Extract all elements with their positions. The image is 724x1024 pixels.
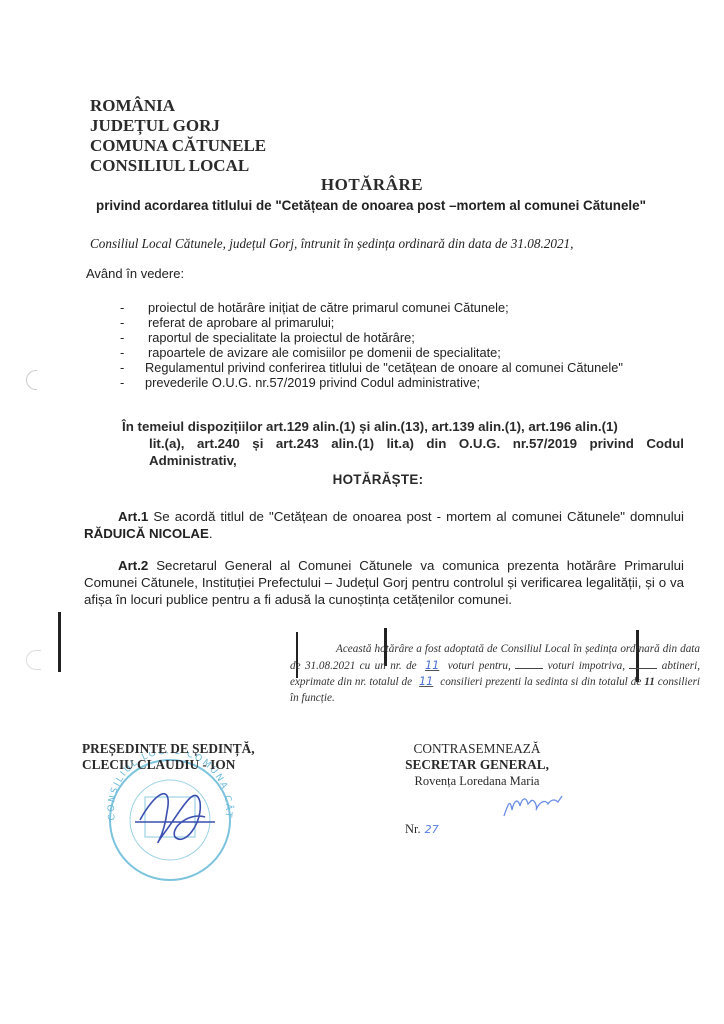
blank-field	[629, 658, 657, 669]
list-item-text: referat de aprobare al primarului;	[148, 315, 334, 330]
issuer-header: ROMÂNIA JUDEȚUL GORJ COMUNA CĂTUNELE CON…	[90, 96, 266, 176]
bullet-dash: -	[120, 315, 124, 330]
adoption-text: voturi impotriva,	[548, 660, 625, 672]
document-title: HOTĂRÂRE	[0, 175, 724, 195]
article-1-label: Art.1	[118, 509, 148, 524]
article-1-text: Se acordă titlul de "Cetățean de onoarea…	[148, 509, 684, 524]
legal-basis-rest: lit.(a), art.240 și art.243 alin.(1) lit…	[122, 435, 684, 469]
votes-for-value: 11	[421, 659, 443, 672]
legal-basis-paragraph: În temeiul dispozițiilor art.129 alin.(1…	[122, 418, 684, 469]
bullet-dash: -	[120, 345, 124, 360]
countersign-label: CONTRASEMNEAZĂ	[392, 741, 562, 757]
total-councillors-value: 11	[644, 676, 655, 688]
secretary-signature-block: CONTRASEMNEAZĂ SECRETAR GENERAL, Rovența…	[392, 741, 562, 789]
chairman-signature-block: PREȘEDINTE DE ȘEDINȚĂ, CLECIU CLAUDIU - …	[82, 741, 255, 773]
list-item-text: prevederile O.U.G. nr.57/2019 privind Co…	[145, 375, 480, 390]
secretary-signature-icon	[500, 790, 570, 820]
decision-number: Nr.27	[405, 822, 439, 837]
list-item: -referat de aprobare al primarului;	[120, 315, 623, 330]
decision-number-value: 27	[425, 823, 439, 836]
list-item: -prevederile O.U.G. nr.57/2019 privind C…	[120, 375, 623, 390]
legal-basis-line1: În temeiul dispozițiilor art.129 alin.(1…	[122, 418, 684, 435]
present-councillors-value: 11	[415, 675, 437, 688]
bullet-dash: -	[120, 360, 124, 375]
article-2-label: Art.2	[118, 558, 148, 573]
hotaraste-heading: HOTĂRĂȘTE:	[0, 472, 724, 487]
considerente-list: -proiectul de hotărâre inițiat de către …	[120, 300, 623, 390]
list-item-text: rapoartele de avizare ale comisiilor pe …	[148, 345, 501, 360]
chairman-name: CLECIU CLAUDIU - ION	[82, 757, 255, 773]
secretary-name: Rovența Loredana Maria	[392, 773, 562, 789]
list-item-text: proiectul de hotărâre inițiat de către p…	[148, 300, 509, 315]
bullet-dash: -	[120, 300, 124, 315]
adoption-text: consilieri prezenti la sedinta si din to…	[440, 676, 641, 688]
scan-margin-line	[58, 612, 61, 672]
bullet-dash: -	[120, 330, 124, 345]
honoree-name: RĂDUICĂ NICOLAE	[84, 526, 209, 541]
punch-hole-mark	[26, 370, 37, 390]
article-1-end: .	[209, 526, 213, 541]
intro-paragraph: Consiliul Local Cătunele, județul Gorj, …	[90, 236, 573, 252]
article-2-text: Secretarul General al Comunei Cătunele v…	[84, 558, 684, 607]
article-1: Art.1 Se acordă titlul de "Cetățean de o…	[84, 508, 684, 542]
header-council: CONSILIUL LOCAL	[90, 156, 266, 176]
punch-hole-mark	[26, 650, 41, 670]
decision-number-label: Nr.	[405, 822, 421, 836]
chairman-role: PREȘEDINTE DE ȘEDINȚĂ,	[82, 741, 255, 757]
avand-in-vedere-label: Având în vedere:	[86, 266, 184, 281]
secretary-title: SECRETAR GENERAL,	[392, 757, 562, 773]
document-subtitle: privind acordarea titlului de "Cetățean …	[0, 198, 724, 213]
list-item-text: Regulamentul privind conferirea titlului…	[145, 360, 623, 375]
article-2: Art.2 Secretarul General al Comunei Cătu…	[84, 557, 684, 608]
list-item-text: raportul de specialitate la proiectul de…	[148, 330, 415, 345]
adoption-text: voturi pentru,	[448, 660, 511, 672]
header-county: JUDEȚUL GORJ	[90, 116, 266, 136]
header-commune: COMUNA CĂTUNELE	[90, 136, 266, 156]
bullet-dash: -	[120, 375, 124, 390]
list-item: -proiectul de hotărâre inițiat de către …	[120, 300, 623, 315]
list-item: -Regulamentul privind conferirea titlulu…	[120, 360, 623, 375]
adoption-note: Această hotărâre a fost adoptată de Cons…	[290, 642, 700, 706]
list-item: -rapoartele de avizare ale comisiilor pe…	[120, 345, 623, 360]
blank-field	[515, 658, 543, 669]
list-item: -raportul de specialitate la proiectul d…	[120, 330, 623, 345]
header-country: ROMÂNIA	[90, 96, 266, 116]
